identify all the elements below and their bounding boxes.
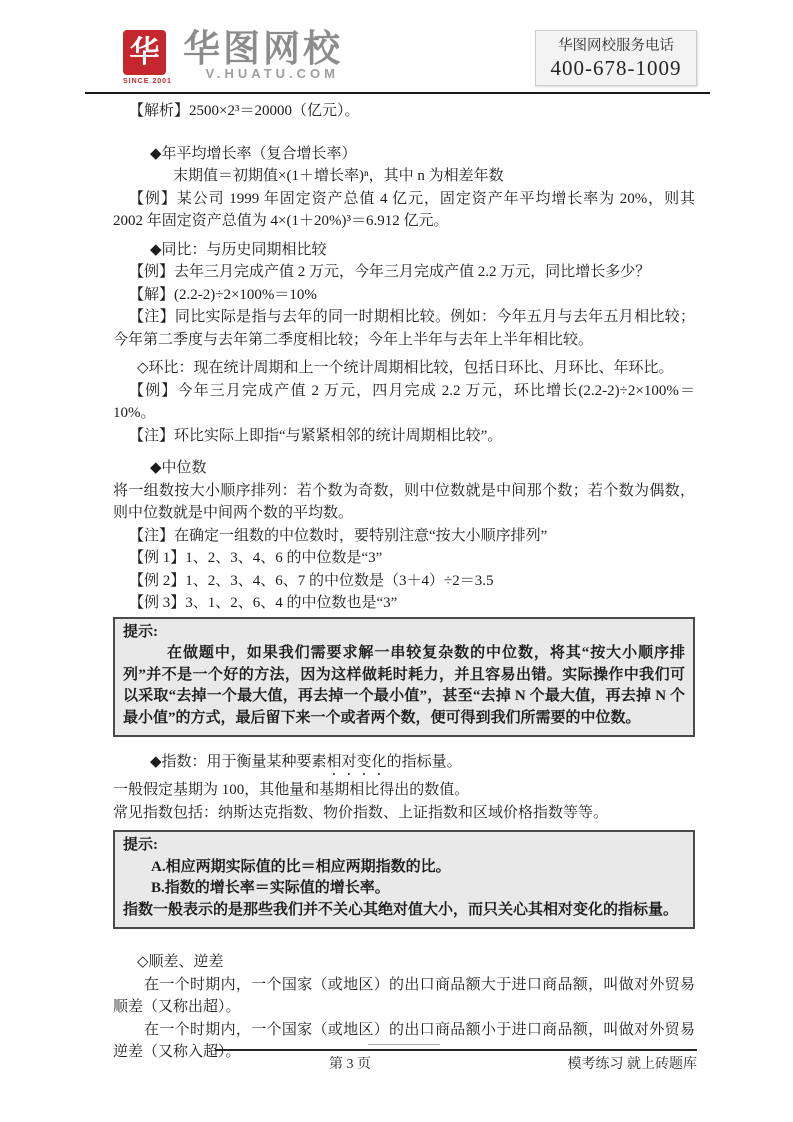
note-median: 【注】在确定一组数的中位数时，要特别注意“按大小顺序排列” xyxy=(113,525,695,548)
footer-divider xyxy=(215,1049,697,1051)
header-divider xyxy=(85,92,710,94)
heading-month-over-month: ◇环比：现在统计周期和上一个统计周期相比较，包括日环比、月环比、年环比。 xyxy=(113,357,695,380)
tip-box-index: 提示: A.相应两期实际值的比＝相应两期指数的比。 B.指数的增长率＝实际值的增… xyxy=(113,830,695,929)
example-month-over-month: 【例】今年三月完成产值 2 万元，四月完成 2.2 万元，环比增长(2.2-2)… xyxy=(113,380,695,425)
example2-median: 【例 2】1、2、3、4、6、7 的中位数是（3＋4）÷2＝3.5 xyxy=(113,570,695,593)
tip-box-median: 提示: 在做题中，如果我们需要求解一串较复杂数的中位数，将其“按大小顺序排列”并… xyxy=(113,617,695,738)
service-phone-box: 华图网校服务电话 400-678-1009 xyxy=(535,30,697,86)
index-common-line: 常见指数包括：纳斯达克指数、物价指数、上证指数和区域价格指数等等。 xyxy=(113,802,695,825)
solution-year-over-year: 【解】(2.2-2)÷2×100%＝10% xyxy=(113,284,695,307)
page-header: 华 SINCE 2001 华图网校 V.HUATU.COM xyxy=(123,30,343,85)
formula-average-growth-rate: 末期值＝初期值×(1＋增长率)ⁿ，其中 n 为相差年数 xyxy=(113,165,695,188)
service-phone-label: 华图网校服务电话 xyxy=(558,36,674,56)
tip-index-line-a: A.相应两期实际值的比＝相应两期指数的比。 xyxy=(123,857,685,879)
brand-name: 华图网校 xyxy=(183,30,343,68)
heading-trade-surplus-deficit: ◇顺差、逆差 xyxy=(113,951,695,974)
index-base-line: 一般假定基期为 100，其他量和基期相比得出的数值。 xyxy=(113,779,695,802)
tip-index-line-c: 指数一般表示的是那些我们并不关心其绝对值大小，而只关心其相对变化的指标量。 xyxy=(123,900,685,922)
heading-index-pre: ◆指数：用于衡量某种要素 xyxy=(150,754,327,770)
heading-index: ◆指数：用于衡量某种要素相对变化的指标量。 xyxy=(113,751,695,779)
example-year-over-year: 【例】去年三月完成产值 2 万元，今年三月完成产值 2.2 万元，同比增长多少？ xyxy=(113,261,695,284)
brand-domain: V.HUATU.COM xyxy=(183,66,343,81)
heading-index-emphasis: 相对变化 xyxy=(327,754,387,770)
example-average-growth-rate: 【例】某公司 1999 年固定资产总值 4 亿元，固定资产年平均增长率为 20%… xyxy=(113,188,695,233)
heading-average-growth-rate: ◆年平均增长率（复合增长率） xyxy=(113,143,695,166)
tip-body-median: 在做题中，如果我们需要求解一串较复杂数的中位数，将其“按大小顺序排列”并不是一个… xyxy=(123,643,685,729)
analysis-line: 【解析】2500×2³＝20000（亿元）。 xyxy=(113,100,695,123)
document-page: 华 SINCE 2001 华图网校 V.HUATU.COM 华图网校服务电话 4… xyxy=(0,0,793,1122)
definition-trade-surplus: 在一个时期内，一个国家（或地区）的出口商品额大于进口商品额，叫做对外贸易顺差（又… xyxy=(113,974,695,1019)
footer-slogan: 模考练习 就上砖题库 xyxy=(568,1053,698,1073)
example1-median: 【例 1】1、2、3、4、6 的中位数是“3” xyxy=(113,547,695,570)
note-month-over-month: 【注】环比实际上即指“与紧紧相邻的统计周期相比较”。 xyxy=(113,425,695,448)
tip-label: 提示: xyxy=(123,835,685,857)
example3-median: 【例 3】3、1、2、6、4 的中位数也是“3” xyxy=(113,592,695,615)
huatu-logo: 华 SINCE 2001 xyxy=(123,30,169,85)
heading-median: ◆中位数 xyxy=(113,457,695,480)
document-body: 【解析】2500×2³＝20000（亿元）。 ◆年平均增长率（复合增长率） 末期… xyxy=(113,100,695,1064)
heading-index-post: 的指标量。 xyxy=(387,754,462,770)
logo-since-label: SINCE 2001 xyxy=(123,78,169,85)
footer-short-divider xyxy=(368,1044,440,1045)
tip-label: 提示: xyxy=(123,622,685,644)
tip-index-line-b: B.指数的增长率＝实际值的增长率。 xyxy=(123,878,685,900)
definition-median: 将一组数按大小顺序排列：若个数为奇数，则中位数就是中间那个数；若个数为偶数，则中… xyxy=(113,480,695,525)
huatu-logo-glyph: 华 xyxy=(130,38,160,68)
note-year-over-year: 【注】同比实际是指与去年的同一时期相比较。例如：今年五月与去年五月相比较；今年第… xyxy=(113,306,695,351)
heading-year-over-year: ◆同比：与历史同期相比较 xyxy=(113,239,695,262)
brand-block: 华图网校 V.HUATU.COM xyxy=(183,30,343,81)
footer-page-number: 第 3 页 xyxy=(300,1053,400,1073)
service-phone-number: 400-678-1009 xyxy=(551,56,682,80)
huatu-logo-icon: 华 xyxy=(123,30,166,75)
